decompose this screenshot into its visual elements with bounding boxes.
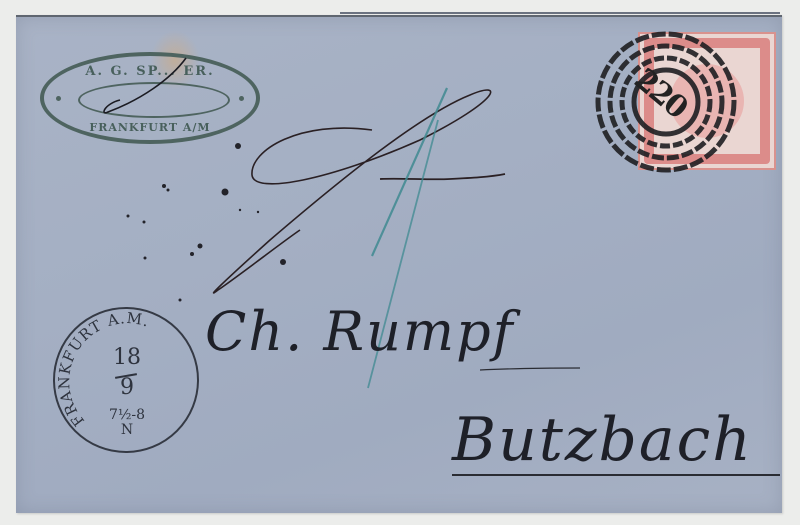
address-city: Butzbach [452, 405, 753, 475]
address-recipient-name: Ch. Rumpf [205, 300, 515, 363]
circular-datestamp: FRANKFURT A.M. 18 9 7½-8 N [53, 307, 199, 453]
datestamp-suffix: N [115, 422, 139, 438]
city-underline [452, 474, 780, 476]
datestamp-day: 18 [107, 345, 147, 370]
datestamp-month: 9 [107, 375, 147, 400]
datestamp-time: 7½-8 [97, 407, 157, 423]
